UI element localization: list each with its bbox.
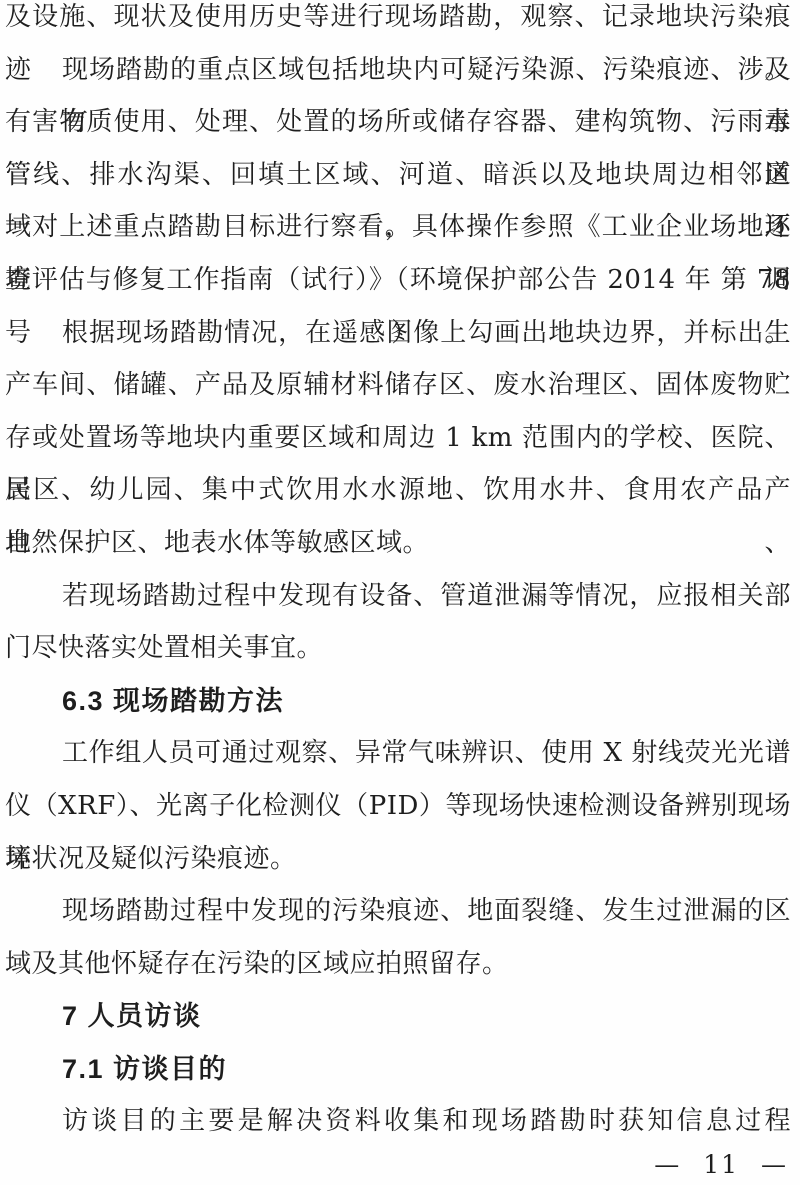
section-heading: 6.3 现场踏勘方法 — [5, 675, 791, 728]
text-line: 访谈目的主要是解决资料收集和现场踏勘时获知信息过程 — [5, 1095, 791, 1148]
text-line: 现场踏勘过程中发现的污染痕迹、地面裂缝、发生过泄漏的区 — [5, 885, 791, 938]
document-body: 及设施、现状及使用历史等进行现场踏勘，观察、记录地块污染痕迹。现场踏勘的重点区域… — [5, 0, 791, 1148]
text-line: 存或处置场等地块内重要区域和周边 1 km 范围内的学校、医院、居 — [5, 412, 791, 465]
document-page: 及设施、现状及使用历史等进行现场踏勘，观察、记录地块污染痕迹。现场踏勘的重点区域… — [0, 0, 800, 1185]
text-line: 境状况及疑似污染痕迹。 — [5, 833, 791, 886]
text-line: 域及其他怀疑存在污染的区域应拍照留存。 — [5, 938, 791, 991]
text-line: 门尽快落实处置相关事宜。 — [5, 622, 791, 675]
text-line: 查评估与修复工作指南（试行）》（环境保护部公告 2014 年 第 78 号）。 — [5, 254, 791, 307]
text-line: 现场踏勘的重点区域包括地块内可疑污染源、污染痕迹、涉及有毒 — [5, 44, 791, 97]
text-line: 若现场踏勘过程中发现有设备、管道泄漏等情况，应报相关部 — [5, 570, 791, 623]
text-line: 产车间、储罐、产品及原辅材料储存区、废水治理区、固体废物贮 — [5, 359, 791, 412]
text-line: 管线、排水沟渠、回填土区域、河道、暗浜以及地块周边相邻区域。逐 — [5, 149, 791, 202]
section-heading: 7.1 访谈目的 — [5, 1043, 791, 1096]
text-line: 及设施、现状及使用历史等进行现场踏勘，观察、记录地块污染痕迹。 — [5, 0, 791, 44]
text-line: 民区、幼儿园、集中式饮用水水源地、饮用水井、食用农产品产地、 — [5, 464, 791, 517]
text-line: 根据现场踏勘情况，在遥感图像上勾画出地块边界，并标出生 — [5, 307, 791, 360]
text-line: 有害物质使用、处理、处置的场所或储存容器、建构筑物、污雨水管道 — [5, 96, 791, 149]
text-line: 仪（XRF）、光离子化检测仪（PID）等现场快速检测设备辨别现场环 — [5, 780, 791, 833]
text-line: 工作组人员可通过观察、异常气味辨识、使用 X 射线荧光光谱 — [5, 727, 791, 780]
section-heading: 7 人员访谈 — [5, 990, 791, 1043]
text-line: 一对上述重点踏勘目标进行察看，具体操作参照《工业企业场地环境调 — [5, 201, 791, 254]
page-number: — 11 — — [654, 1149, 788, 1181]
